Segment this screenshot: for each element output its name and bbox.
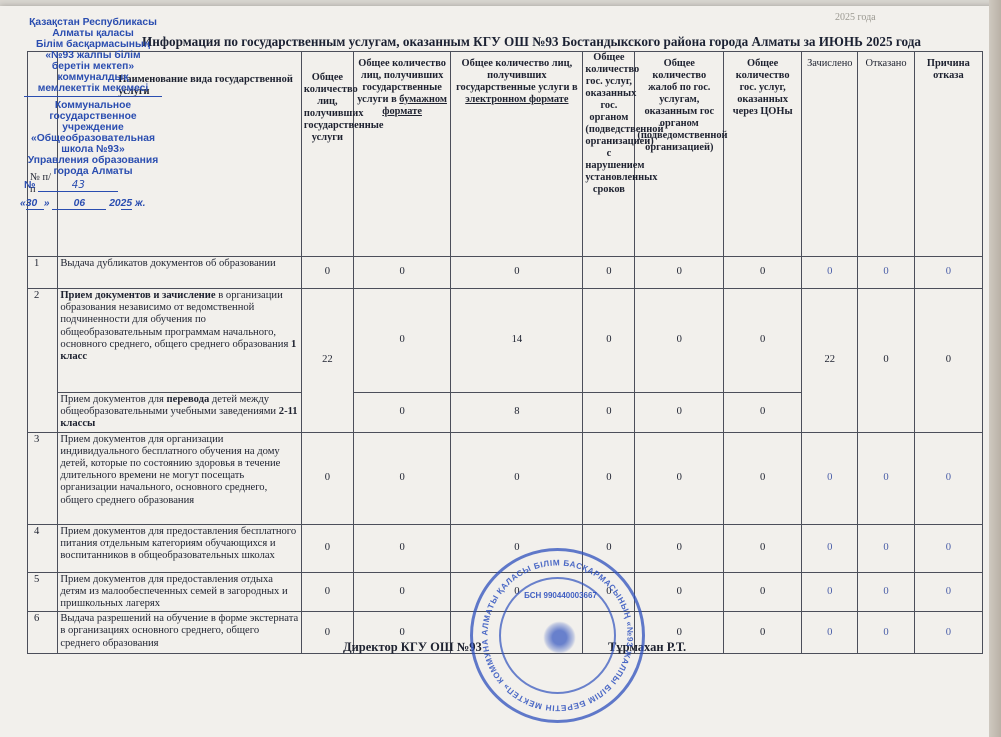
header-enrolled: Зачислено (802, 52, 858, 257)
cell-complaints: 0 (635, 289, 724, 393)
stamp-number-value: 43 (38, 180, 118, 192)
table-row: 3Прием документов для организации индиви… (28, 432, 983, 524)
header-complaints: Общее количество жалоб по гос. услугам, … (635, 52, 724, 257)
stamp-line: учреждение (18, 122, 168, 133)
cell-con: 0 (724, 524, 802, 572)
state-emblem-icon (543, 621, 576, 654)
cell-reason: 0 (914, 432, 982, 524)
service-name: Прием документов для перевода детей межд… (58, 393, 302, 433)
header-total: Общее количество лиц, получивших государ… (301, 52, 353, 257)
stamp-number-label: № (24, 180, 35, 191)
service-name: Прием документов для организации индивид… (58, 432, 302, 524)
cell-complaints: 0 (635, 393, 724, 433)
header-paper: Общее количество лиц, получивших государ… (353, 52, 450, 257)
cell-paper: 0 (353, 524, 450, 572)
row-index: 5 (28, 572, 58, 612)
stamp-line: города Алматы (18, 166, 168, 177)
stamp-date-day: 30 (26, 198, 44, 210)
table-header-row: № п/п Наименование вида государственной … (28, 52, 983, 257)
seal-bin: БСН 990440003667 (523, 591, 598, 600)
service-name: Выдача разрешений на обучение в форме эк… (58, 612, 302, 654)
faint-header-text: 2025 года (835, 12, 876, 23)
cell-refused: 0 (858, 257, 914, 289)
cell-con: 0 (724, 572, 802, 612)
cell-paper: 0 (353, 289, 450, 393)
header-refused: Отказано (858, 52, 914, 257)
cell-electronic: 0 (451, 432, 583, 524)
header-con: Общее количество гос. услуг, оказанных ч… (724, 52, 802, 257)
header-violations: Общее количество гос. услуг, оказанных г… (583, 52, 635, 257)
stamp-line: Қазақстан Республикасы (18, 17, 168, 28)
cell-total: 0 (301, 572, 353, 612)
cell-con: 0 (724, 257, 802, 289)
stamp-line: школа №93» (18, 144, 168, 155)
table-row: 2Прием документов и зачисление в организ… (28, 289, 983, 393)
cell-violations: 0 (583, 257, 635, 289)
cell-paper: 0 (353, 257, 450, 289)
cell-con: 0 (724, 289, 802, 393)
service-name: Прием документов и зачисление в организа… (58, 289, 302, 393)
row-index: 2 (28, 289, 58, 433)
cell-refused: 0 (858, 572, 914, 612)
header-reason: Причина отказа (914, 52, 982, 257)
stamp-line: «№93 жалпы білім (18, 50, 168, 61)
official-seal: АЛМАТЫ ҚАЛАСЫ БІЛІМ БАСҚАРМАСЫНЫҢ «№93 Ж… (470, 548, 645, 723)
stamp-line: беретін мектеп» коммуналдық (18, 61, 168, 83)
cell-refused: 0 (858, 432, 914, 524)
cell-electronic: 8 (451, 393, 583, 433)
stamp-line: Алматы қаласы (18, 28, 168, 39)
stamp-year-prefix: 20 (109, 198, 120, 209)
cell-complaints: 0 (635, 432, 724, 524)
cell-enrolled: 0 (802, 432, 858, 524)
cell-reason: 0 (914, 289, 982, 433)
row-index: 6 (28, 612, 58, 654)
footer-director: Директор КГУ ОШ №93 (343, 640, 482, 655)
cell-enrolled: 0 (802, 572, 858, 612)
cell-paper: 0 (353, 572, 450, 612)
stamp-line: государственное (18, 111, 168, 122)
cell-con: 0 (724, 432, 802, 524)
cell-total: 0 (301, 524, 353, 572)
stamp-line: Білім басқармасының (18, 39, 168, 50)
cell-enrolled: 0 (802, 612, 858, 654)
cell-paper: 0 (353, 432, 450, 524)
cell-reason: 0 (914, 257, 982, 289)
cell-violations: 0 (583, 432, 635, 524)
page-edge (989, 0, 1001, 737)
cell-electronic: 14 (451, 289, 583, 393)
cell-reason: 0 (914, 572, 982, 612)
cell-total: 0 (301, 257, 353, 289)
cell-complaints: 0 (635, 524, 724, 572)
stamp-year-end: ж. (135, 198, 145, 209)
cell-electronic: 0 (451, 257, 583, 289)
registration-stamp: Қазақстан РеспубликасыАлматы қаласыБілім… (18, 17, 168, 227)
stamp-line: Управления образования (18, 155, 168, 166)
row-index: 3 (28, 432, 58, 524)
service-name: Прием документов для предоставления отды… (58, 572, 302, 612)
service-name: Выдача дубликатов документов об образова… (58, 257, 302, 289)
stamp-line: «Общеобразовательная (18, 133, 168, 144)
table-row: 1Выдача дубликатов документов об образов… (28, 257, 983, 289)
cell-total: 0 (301, 432, 353, 524)
row-index: 4 (28, 524, 58, 572)
cell-con: 0 (724, 393, 802, 433)
cell-refused: 0 (858, 612, 914, 654)
cell-violations: 0 (583, 289, 635, 393)
stamp-date-month: 06 (52, 198, 106, 210)
cell-paper: 0 (353, 393, 450, 433)
cell-reason: 0 (914, 524, 982, 572)
row-index: 1 (28, 257, 58, 289)
cell-violations: 0 (583, 393, 635, 433)
stamp-line: Коммунальное (18, 100, 168, 111)
cell-refused: 0 (858, 524, 914, 572)
cell-refused: 0 (858, 289, 914, 433)
cell-total: 22 (301, 289, 353, 433)
cell-con: 0 (724, 612, 802, 654)
cell-complaints: 0 (635, 257, 724, 289)
cell-enrolled: 0 (802, 524, 858, 572)
service-name: Прием документов для предоставления бесп… (58, 524, 302, 572)
seal-inner-ring: БСН 990440003667 (499, 577, 616, 694)
cell-enrolled: 0 (802, 257, 858, 289)
cell-enrolled: 22 (802, 289, 858, 433)
cell-reason: 0 (914, 612, 982, 654)
cell-complaints: 0 (635, 572, 724, 612)
header-electronic: Общее количество лиц, получивших государ… (451, 52, 583, 257)
stamp-line: мемлекеттік мекемесі (18, 83, 168, 94)
stamp-year-suffix: 25 (121, 198, 132, 210)
document-title: Информация по государственным услугам, о… (142, 34, 921, 50)
